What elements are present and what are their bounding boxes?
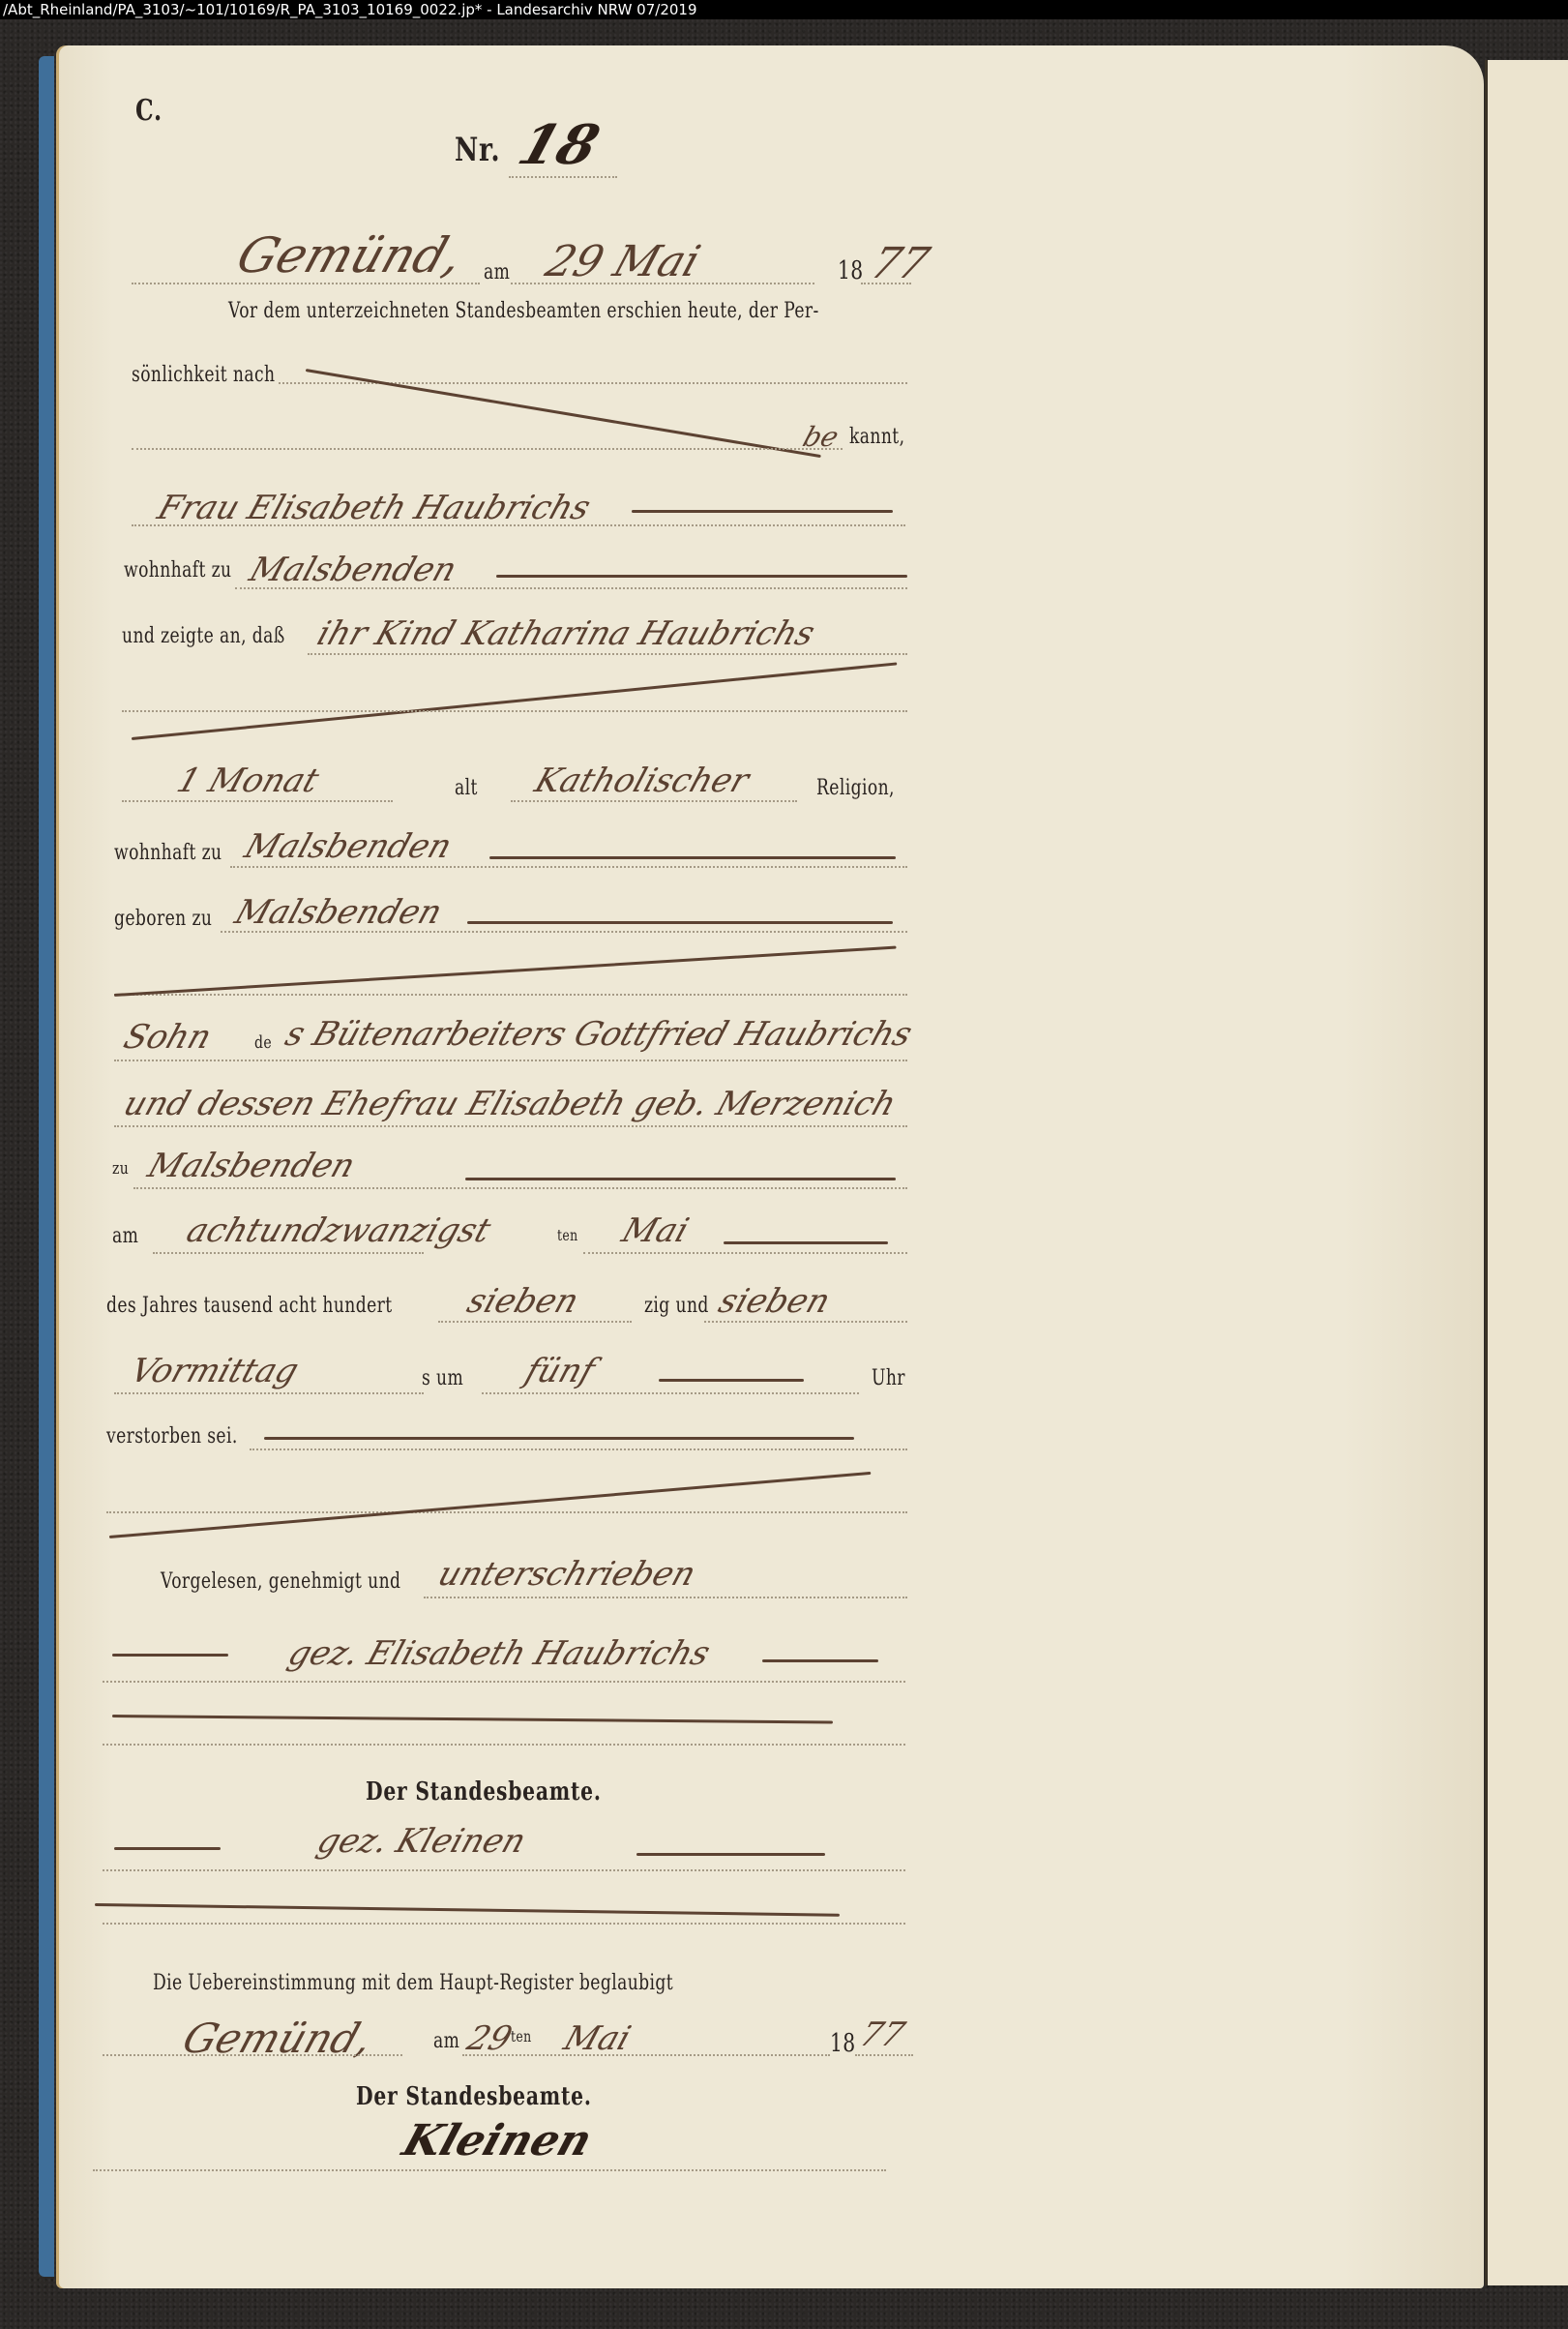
death-day-label: am bbox=[112, 1224, 138, 1248]
cert-month: Mai bbox=[559, 2019, 636, 2058]
dotted-line bbox=[103, 1681, 905, 1683]
dotted-line bbox=[704, 1321, 907, 1323]
registrar-title: Der Standesbeamte. bbox=[366, 1777, 602, 1806]
record-place: Gemünd, bbox=[230, 227, 470, 284]
dotted-line bbox=[861, 283, 911, 284]
record-date: 29 Mai bbox=[540, 237, 706, 286]
deceased-residence-label: wohnhaft zu bbox=[114, 841, 222, 865]
fill-line bbox=[489, 856, 896, 859]
strike-line bbox=[114, 946, 897, 997]
cert-day: 29 bbox=[462, 2019, 517, 2058]
dotted-line bbox=[114, 994, 907, 996]
dotted-line bbox=[122, 800, 393, 802]
birthplace-label: geboren zu bbox=[114, 907, 212, 931]
cert-date-prefix: am bbox=[433, 2029, 459, 2053]
read-value: unterschrieben bbox=[433, 1555, 700, 1594]
record-number: 18 bbox=[511, 113, 606, 177]
date-prefix: am bbox=[484, 260, 510, 284]
dotted-line bbox=[221, 931, 907, 933]
dotted-line bbox=[93, 2169, 886, 2171]
fill-line bbox=[724, 1241, 888, 1244]
died-label: verstorben sei. bbox=[106, 1424, 238, 1448]
parents-line-1: s Bütenarbeiters Gottfried Haubrichs bbox=[281, 1015, 917, 1054]
dotted-line bbox=[511, 800, 797, 802]
fill-line bbox=[112, 1654, 228, 1657]
dotted-line bbox=[114, 1060, 907, 1061]
read-label: Vorgelesen, genehmigt und bbox=[161, 1569, 400, 1594]
year-prefix: 18 bbox=[838, 256, 864, 285]
window-title: /Abt_Rheinland/PA_3103/~101/10169/R_PA_3… bbox=[0, 0, 1568, 19]
death-month: Mai bbox=[617, 1211, 694, 1250]
dotted-line bbox=[132, 524, 905, 526]
dotted-line bbox=[308, 653, 907, 655]
dotted-line bbox=[103, 2054, 402, 2056]
intro-line-2: sönlichkeit nach bbox=[132, 363, 275, 387]
year-units: sieben bbox=[714, 1282, 835, 1321]
death-day-suffix: ten bbox=[557, 1226, 578, 1244]
year-tens: sieben bbox=[462, 1282, 583, 1321]
fill-line bbox=[762, 1659, 878, 1662]
cert-year-prefix: 18 bbox=[830, 2029, 856, 2058]
hour-label: Uhr bbox=[872, 1366, 905, 1390]
dotted-line bbox=[583, 1252, 907, 1254]
dotted-line bbox=[133, 1187, 907, 1189]
age-label: alt bbox=[455, 776, 478, 800]
dotted-line bbox=[482, 1392, 859, 1394]
strike-line bbox=[109, 1472, 871, 1538]
fill-line bbox=[467, 921, 893, 924]
child-of: Sohn bbox=[119, 1018, 217, 1057]
dotted-line bbox=[250, 1448, 907, 1450]
dotted-line bbox=[462, 2054, 830, 2056]
deceased-name: ihr Kind Katharina Haubrichs bbox=[312, 614, 819, 653]
dotted-line bbox=[855, 2054, 913, 2056]
registrar-signature: gez. Kleinen bbox=[312, 1822, 531, 1861]
parents-place-label: zu bbox=[112, 1158, 129, 1179]
dotted-line bbox=[511, 283, 814, 284]
certification-text: Die Uebereinstimmung mit dem Haupt-Regis… bbox=[153, 1971, 673, 1995]
year-text-label: des Jahres tausend acht hundert bbox=[106, 1294, 393, 1318]
declarant-residence: Malsbenden bbox=[245, 551, 461, 589]
form-letter: C. bbox=[135, 94, 163, 128]
dotted-line bbox=[132, 283, 480, 284]
time-label: s um bbox=[422, 1366, 463, 1390]
parents-place: Malsbenden bbox=[143, 1147, 360, 1185]
dotted-line bbox=[114, 1392, 424, 1394]
fill-line bbox=[496, 575, 907, 578]
residence-label: wohnhaft zu bbox=[124, 558, 231, 582]
dotted-line bbox=[114, 1125, 907, 1127]
fill-line bbox=[632, 510, 893, 513]
religion-label: Religion, bbox=[816, 776, 895, 800]
birthplace: Malsbenden bbox=[230, 893, 447, 932]
time-of-day: Vormittag bbox=[126, 1352, 304, 1390]
declarant-signature: gez. Elisabeth Haubrichs bbox=[283, 1634, 715, 1673]
intro-line-1: Vor dem unterzeichneten Standesbeamten e… bbox=[228, 299, 819, 323]
death-day: achtundzwanzigst bbox=[182, 1211, 495, 1250]
next-page-edge bbox=[1485, 60, 1568, 2285]
dotted-line bbox=[230, 866, 907, 868]
dotted-line bbox=[103, 1923, 905, 1925]
cert-registrar-signature: Kleinen bbox=[397, 2116, 598, 2165]
number-label: Nr. bbox=[455, 131, 500, 169]
strike-line bbox=[132, 662, 897, 740]
dotted-line bbox=[132, 448, 843, 450]
fill-line bbox=[465, 1178, 896, 1180]
announce-label: und zeigte an, daß bbox=[122, 624, 285, 648]
dotted-line bbox=[153, 1252, 424, 1254]
year-tens-label: zig und bbox=[644, 1294, 709, 1318]
religion: Katholischer bbox=[530, 761, 754, 800]
dotted-line bbox=[106, 1511, 907, 1513]
book-binding-edge bbox=[39, 56, 54, 2277]
fill-line bbox=[95, 1903, 840, 1917]
dotted-line bbox=[438, 1321, 632, 1323]
dotted-line bbox=[424, 1597, 907, 1598]
known-suffix: kannt, bbox=[849, 425, 904, 449]
parents-line-2: und dessen Ehefrau Elisabeth geb. Merzen… bbox=[119, 1085, 901, 1123]
child-of-label: de bbox=[254, 1032, 272, 1053]
declarant-name: Frau Elisabeth Haubrichs bbox=[153, 489, 595, 527]
dotted-line bbox=[103, 1869, 905, 1871]
year-suffix: 77 bbox=[865, 239, 935, 288]
death-hour: fünf bbox=[520, 1352, 600, 1390]
fill-line bbox=[659, 1379, 804, 1382]
dotted-line bbox=[235, 587, 907, 589]
number-line bbox=[509, 176, 617, 178]
cert-year-suffix: 77 bbox=[855, 2015, 909, 2054]
fill-line bbox=[264, 1437, 854, 1440]
fill-line bbox=[636, 1853, 825, 1856]
fill-line bbox=[112, 1715, 833, 1724]
dotted-line bbox=[103, 1744, 905, 1746]
cert-registrar-title: Der Standesbeamte. bbox=[356, 2082, 592, 2111]
dotted-line bbox=[122, 710, 907, 712]
deceased-age: 1 Monat bbox=[172, 761, 324, 800]
fill-line bbox=[114, 1847, 221, 1850]
cert-day-suffix: ten bbox=[511, 2027, 532, 2045]
deceased-residence: Malsbenden bbox=[240, 827, 457, 866]
register-page: C. Nr. 18 Gemünd, am 29 Mai 18 77 Vor de… bbox=[56, 45, 1484, 2288]
